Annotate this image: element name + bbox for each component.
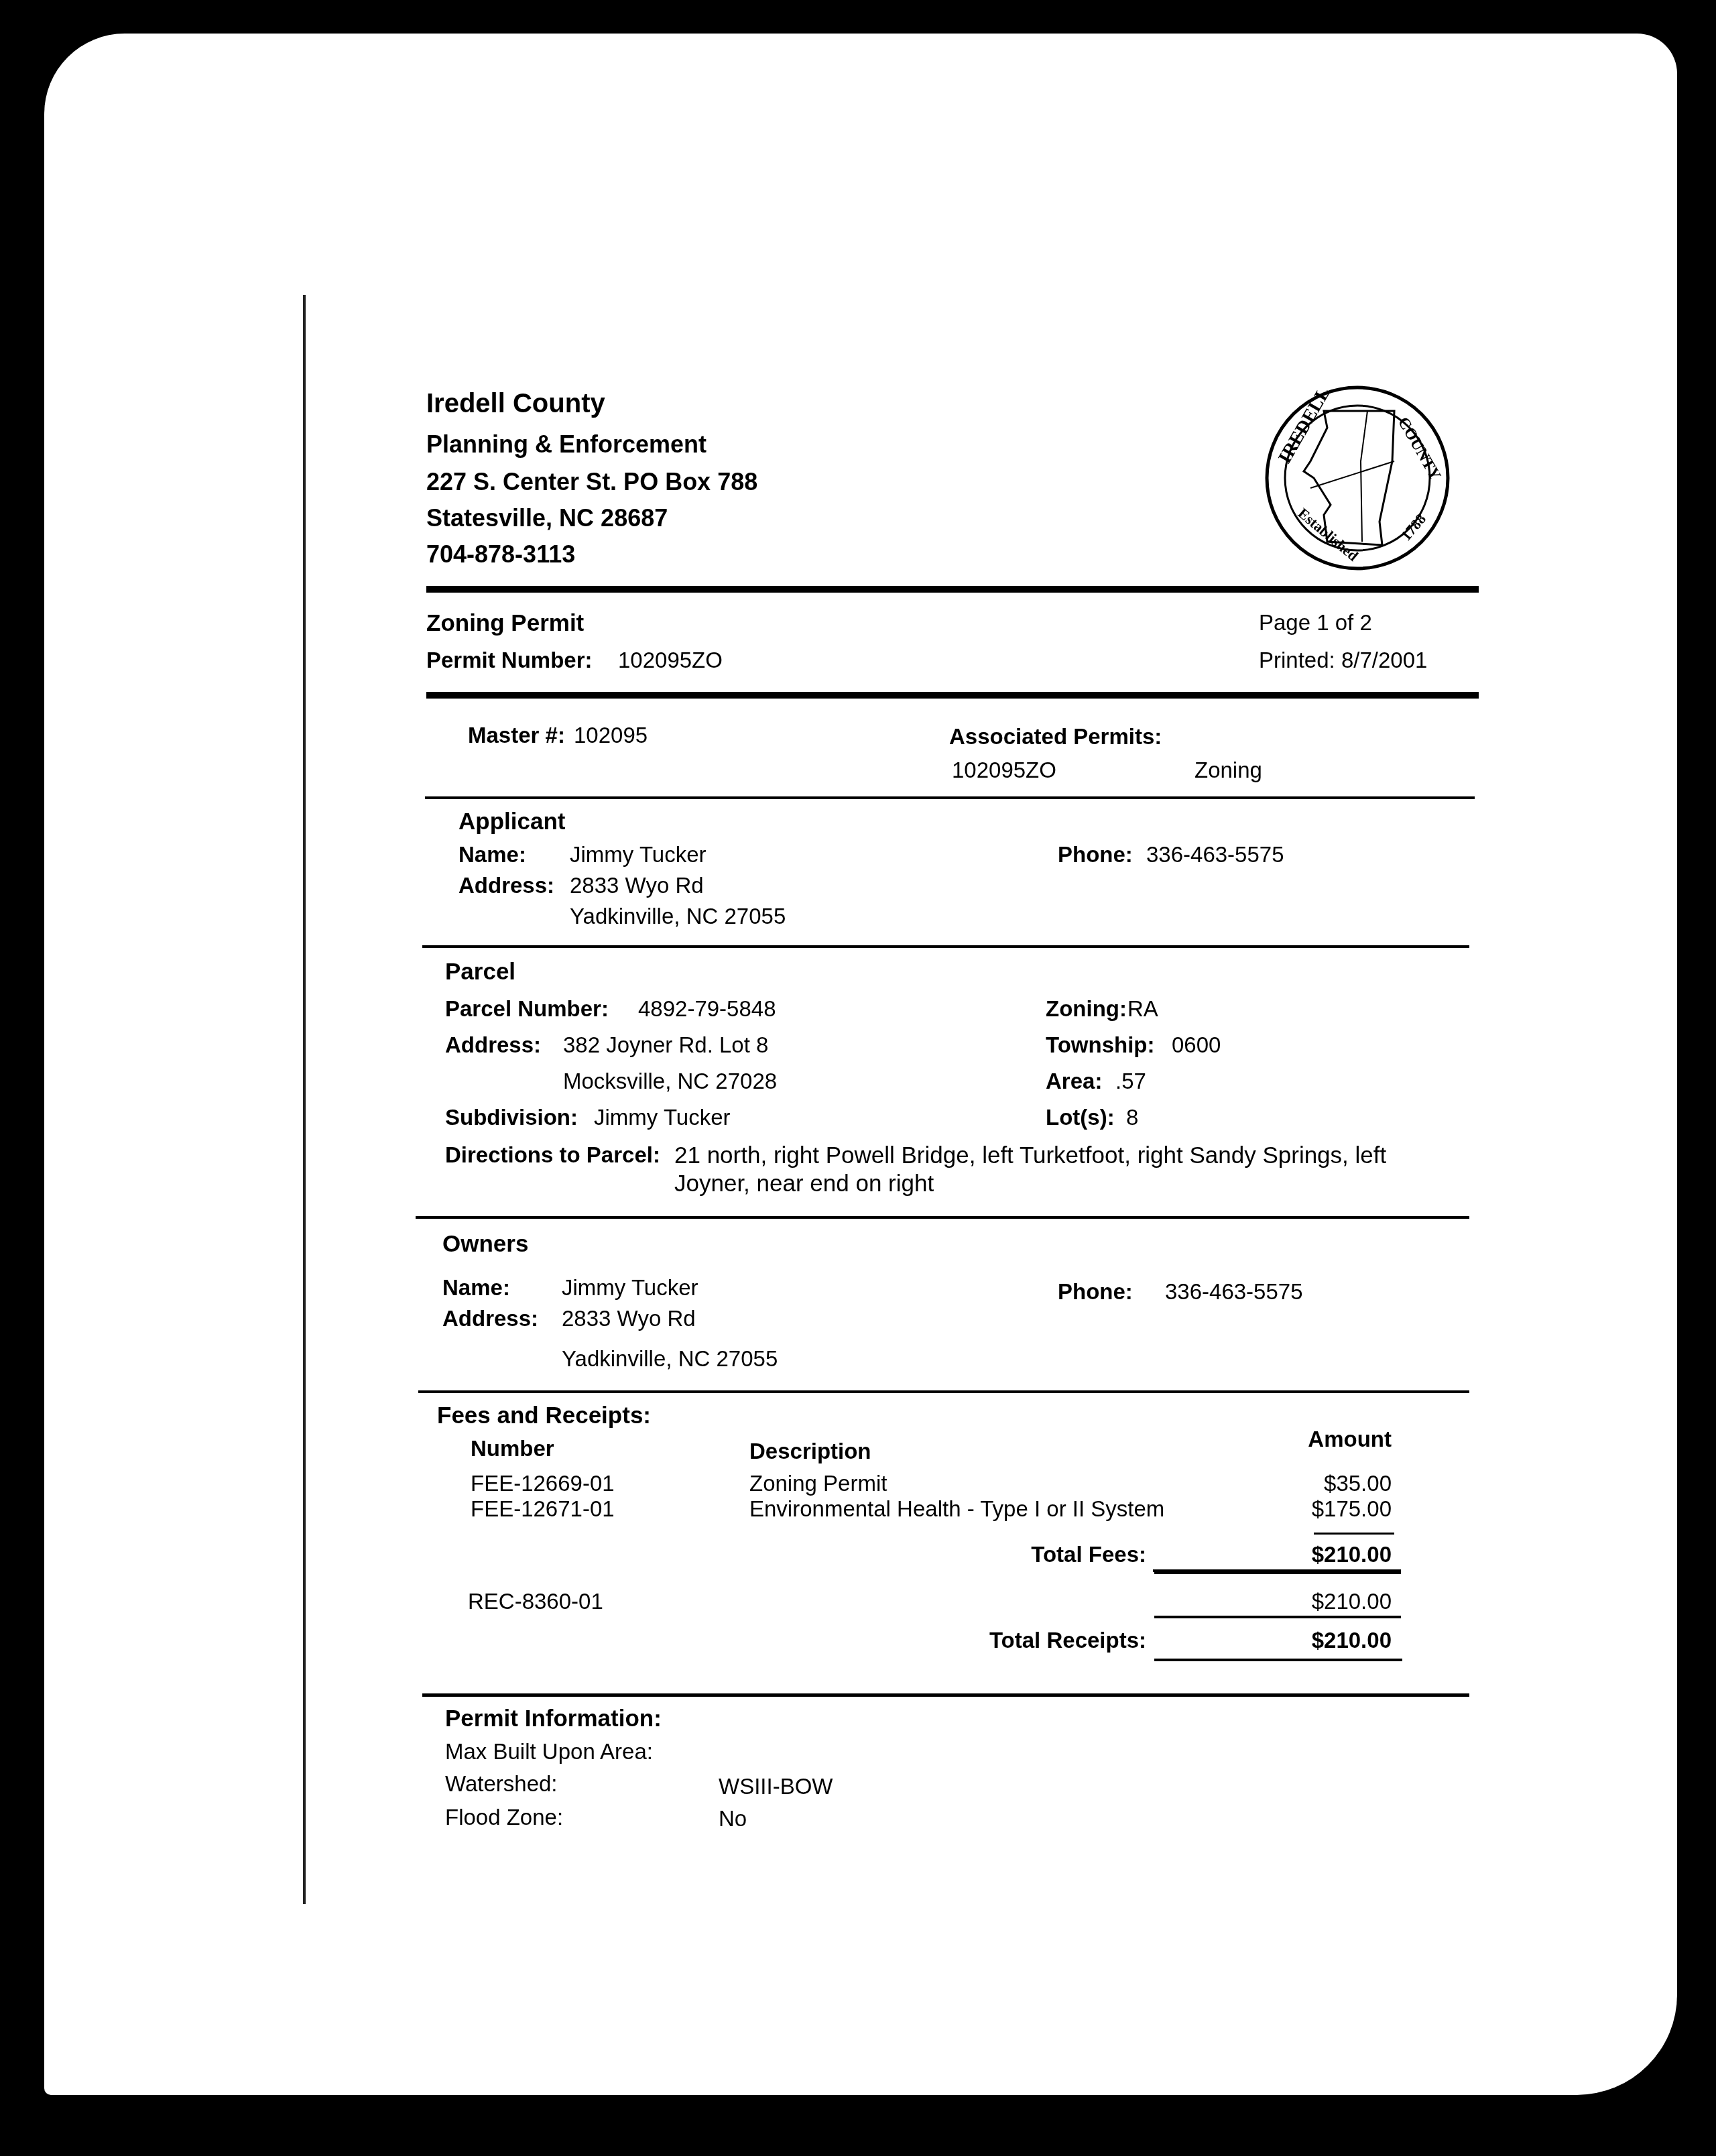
applicant-title: Applicant <box>458 808 565 835</box>
parcel-address-line1: 382 Joyner Rd. Lot 8 <box>563 1032 768 1058</box>
permit-number: 102095ZO <box>618 648 723 673</box>
total-fees-label: Total Fees: <box>925 1542 1146 1567</box>
section-divider <box>422 945 1469 948</box>
master-number: 102095 <box>574 723 648 748</box>
permit-divider <box>426 692 1479 699</box>
permit-number-label: Permit Number: <box>426 648 593 673</box>
fee-description: Zoning Permit <box>749 1471 887 1496</box>
owner-name: Jimmy Tucker <box>562 1275 698 1301</box>
section-divider <box>425 796 1475 799</box>
owner-address-line1: 2833 Wyo Rd <box>562 1306 696 1331</box>
total-fees-bottom-rule <box>1154 1571 1401 1574</box>
fees-title: Fees and Receipts: <box>437 1402 651 1429</box>
owners-title: Owners <box>442 1231 528 1258</box>
org-phone: 704-878-3113 <box>426 540 575 568</box>
org-name: Iredell County <box>426 389 605 419</box>
total-receipts-label: Total Receipts: <box>925 1628 1146 1653</box>
associated-permit-number: 102095ZO <box>952 758 1056 783</box>
permit-title: Zoning Permit <box>426 610 584 637</box>
org-address-line2: Statesville, NC 28687 <box>426 504 668 532</box>
applicant-phone: 336-463-5575 <box>1146 842 1284 867</box>
township-label: Township: <box>1046 1032 1155 1058</box>
org-address-line1: 227 S. Center St. PO Box 788 <box>426 468 757 496</box>
area-label: Area: <box>1046 1069 1102 1094</box>
master-label: Master #: <box>468 723 565 748</box>
svg-text:COUNTY: COUNTY <box>1394 414 1445 483</box>
fee-amount: $35.00 <box>1260 1471 1392 1496</box>
owner-name-label: Name: <box>442 1275 510 1301</box>
applicant-name-label: Name: <box>458 842 526 867</box>
fee-number: FEE-12671-01 <box>471 1496 615 1522</box>
page-indicator: Page 1 of 2 <box>1259 610 1372 636</box>
applicant-phone-label: Phone: <box>1058 842 1133 867</box>
fees-col-amount: Amount <box>1260 1427 1392 1452</box>
applicant-name: Jimmy Tucker <box>570 842 707 867</box>
owner-phone: 336-463-5575 <box>1165 1279 1303 1305</box>
total-receipts: $210.00 <box>1260 1628 1392 1653</box>
section-divider <box>422 1693 1469 1697</box>
area-value: .57 <box>1115 1069 1146 1094</box>
section-divider <box>416 1216 1469 1219</box>
lots-label: Lot(s): <box>1046 1105 1115 1130</box>
watershed-label: Watershed: <box>445 1771 558 1797</box>
total-fees: $210.00 <box>1260 1542 1392 1567</box>
parcel-address-label: Address: <box>445 1032 541 1058</box>
printed-date: Printed: 8/7/2001 <box>1259 648 1427 673</box>
document-page <box>44 34 1677 2095</box>
township-value: 0600 <box>1172 1032 1221 1058</box>
parcel-title: Parcel <box>445 959 515 985</box>
associated-permits-label: Associated Permits: <box>949 724 1162 750</box>
section-divider <box>418 1390 1469 1393</box>
directions-line1: 21 north, right Powell Bridge, left Turk… <box>674 1142 1386 1169</box>
fees-col-number: Number <box>471 1436 554 1461</box>
fee-description: Environmental Health - Type I or II Syst… <box>749 1496 1164 1522</box>
parcel-number: 4892-79-5848 <box>638 996 776 1022</box>
fees-subtotal-rule <box>1314 1533 1394 1535</box>
fee-number: FEE-12669-01 <box>471 1471 615 1496</box>
applicant-address-label: Address: <box>458 873 554 898</box>
subdivision: Jimmy Tucker <box>594 1105 731 1130</box>
fee-amount: $175.00 <box>1260 1496 1392 1522</box>
department: Planning & Enforcement <box>426 430 707 459</box>
receipt-amount: $210.00 <box>1260 1589 1392 1614</box>
svg-text:Established: Established <box>1295 505 1361 564</box>
header-divider <box>426 586 1479 593</box>
lots-value: 8 <box>1126 1105 1138 1130</box>
owner-address-label: Address: <box>442 1306 538 1331</box>
directions-label: Directions to Parcel: <box>445 1142 660 1168</box>
applicant-address-line1: 2833 Wyo Rd <box>570 873 704 898</box>
flood-zone-label: Flood Zone: <box>445 1805 563 1830</box>
directions-line2: Joyner, near end on right <box>674 1171 934 1197</box>
zoning-label: Zoning: <box>1046 996 1127 1022</box>
subdivision-label: Subdivision: <box>445 1105 578 1130</box>
zoning-value: RA <box>1127 996 1158 1022</box>
scan-margin-line <box>303 295 306 1904</box>
parcel-number-label: Parcel Number: <box>445 996 609 1022</box>
total-receipts-rule <box>1154 1659 1402 1661</box>
owner-phone-label: Phone: <box>1058 1279 1133 1305</box>
watershed-value: WSIII-BOW <box>719 1774 833 1799</box>
applicant-address-line2: Yadkinville, NC 27055 <box>570 904 786 929</box>
receipts-rule <box>1154 1616 1401 1618</box>
associated-permit-type: Zoning <box>1194 758 1262 783</box>
flood-zone-value: No <box>719 1806 747 1832</box>
receipt-number: REC-8360-01 <box>468 1589 603 1614</box>
permit-info-title: Permit Information: <box>445 1705 662 1732</box>
county-seal-icon: IREDELL COUNTY Established 1788 <box>1260 381 1455 575</box>
parcel-address-line2: Mocksville, NC 27028 <box>563 1069 777 1094</box>
owner-address-line2: Yadkinville, NC 27055 <box>562 1346 778 1372</box>
fees-col-description: Description <box>749 1439 871 1464</box>
max-area-label: Max Built Upon Area: <box>445 1739 653 1764</box>
